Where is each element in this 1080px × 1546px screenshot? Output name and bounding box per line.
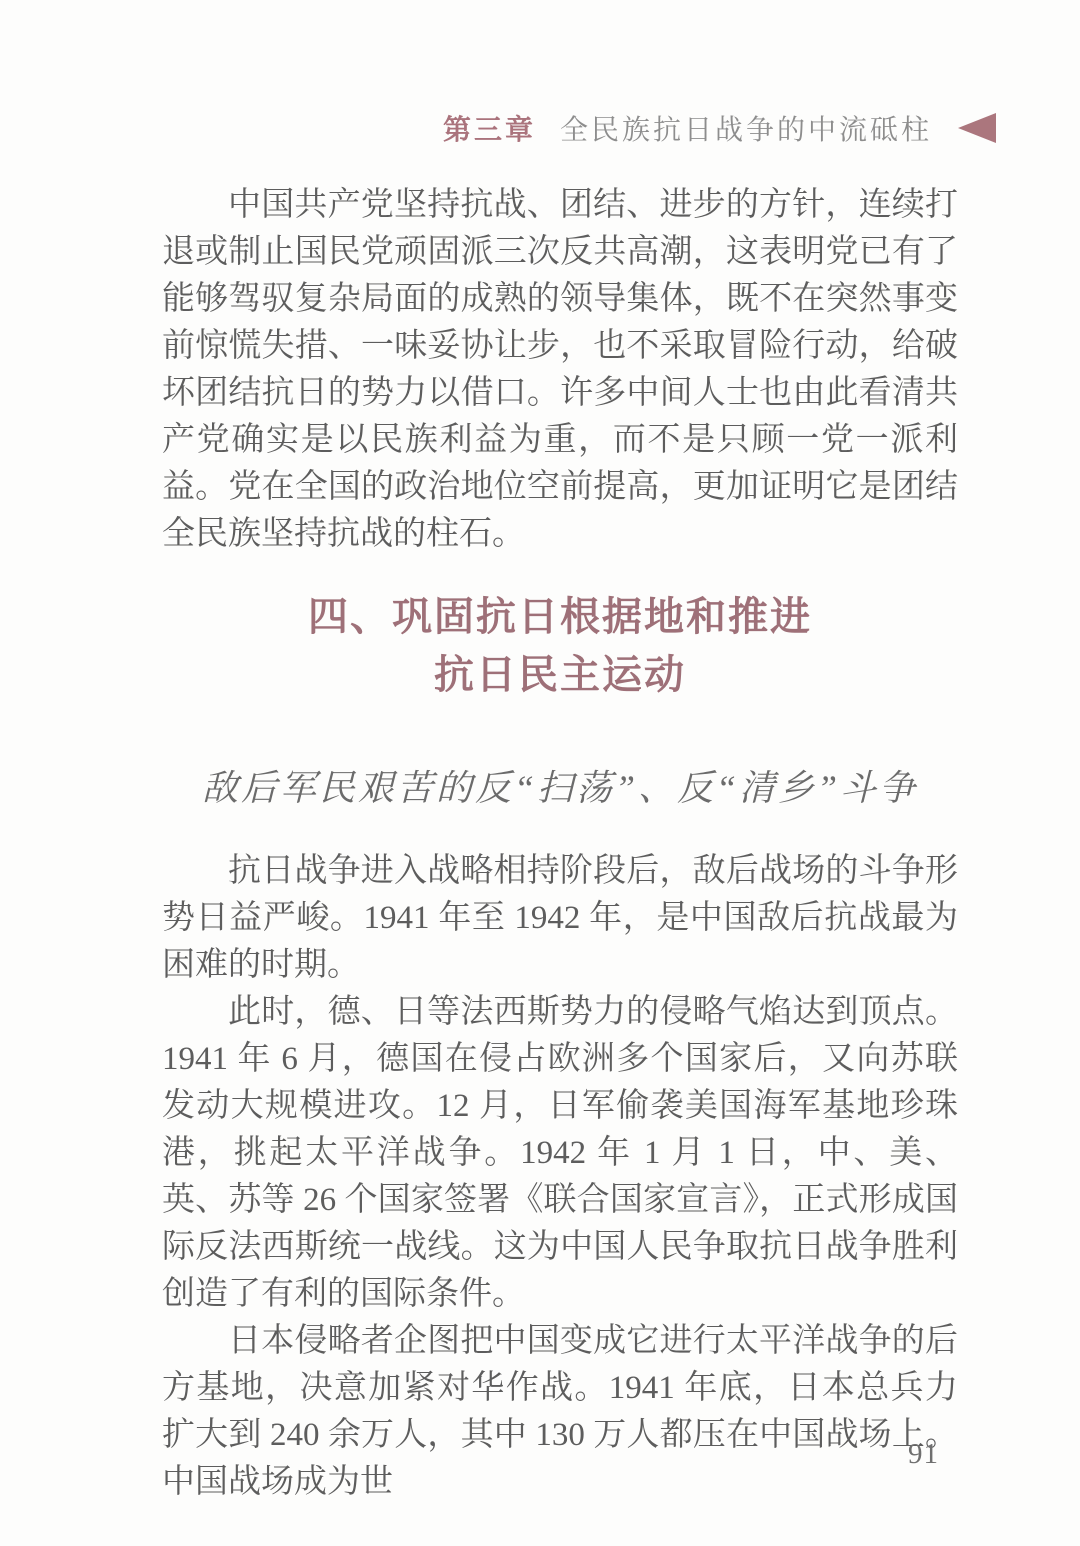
page-header: 第三章 全民族抗日战争的中流砥柱: [162, 108, 996, 148]
left-triangle-icon: [958, 113, 996, 143]
book-page: 第三章 全民族抗日战争的中流砥柱 中国共产党坚持抗战、团结、进步的方针，连续打退…: [0, 0, 1080, 1546]
body-paragraph: 抗日战争进入战略相持阶段后，敌后战场的斗争形势日益严峻。1941 年至 1942…: [162, 848, 958, 989]
section-heading: 四、巩固抗日根据地和推进 抗日民主运动: [162, 588, 958, 704]
body-text: 抗日战争进入战略相持阶段后，敌后战场的斗争形势日益严峻。1941 年至 1942…: [162, 848, 958, 1506]
subsection-heading: 敌后军民艰苦的反“扫荡”、反“清乡”斗争: [120, 760, 1000, 811]
page-number: 91: [908, 1438, 939, 1471]
chapter-title: 全民族抗日战争的中流砥柱: [560, 108, 932, 148]
intro-paragraph: 中国共产党坚持抗战、团结、进步的方针，连续打退或制止国民党顽固派三次反共高潮，这…: [162, 182, 958, 558]
section-heading-line2: 抗日民主运动: [162, 646, 958, 704]
chapter-label: 第三章: [443, 108, 536, 148]
body-paragraph: 日本侵略者企图把中国变成它进行太平洋战争的后方基地，决意加紧对华作战。1941 …: [162, 1318, 958, 1506]
section-heading-line1: 四、巩固抗日根据地和推进: [162, 588, 958, 646]
body-paragraph: 此时，德、日等法西斯势力的侵略气焰达到顶点。1941 年 6 月，德国在侵占欧洲…: [162, 989, 958, 1318]
